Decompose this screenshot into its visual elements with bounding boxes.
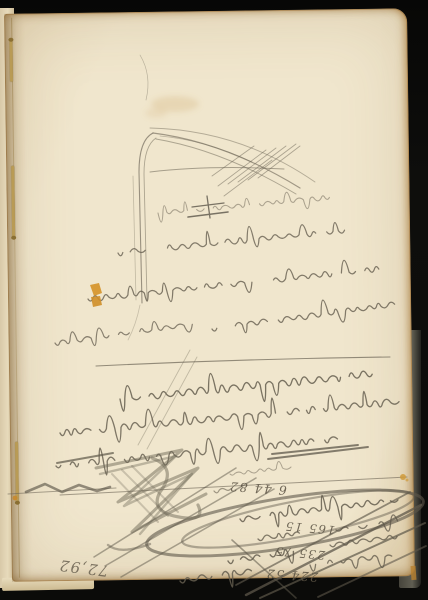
binding-thread-knot bbox=[11, 236, 16, 240]
binding-thread-knot bbox=[15, 501, 20, 505]
photograph-scene: Photograph of an aged notebook page with… bbox=[0, 0, 428, 600]
notebook-page bbox=[4, 8, 415, 582]
binding-thread-knot bbox=[8, 38, 13, 42]
binding-thread-stitch bbox=[9, 40, 13, 82]
